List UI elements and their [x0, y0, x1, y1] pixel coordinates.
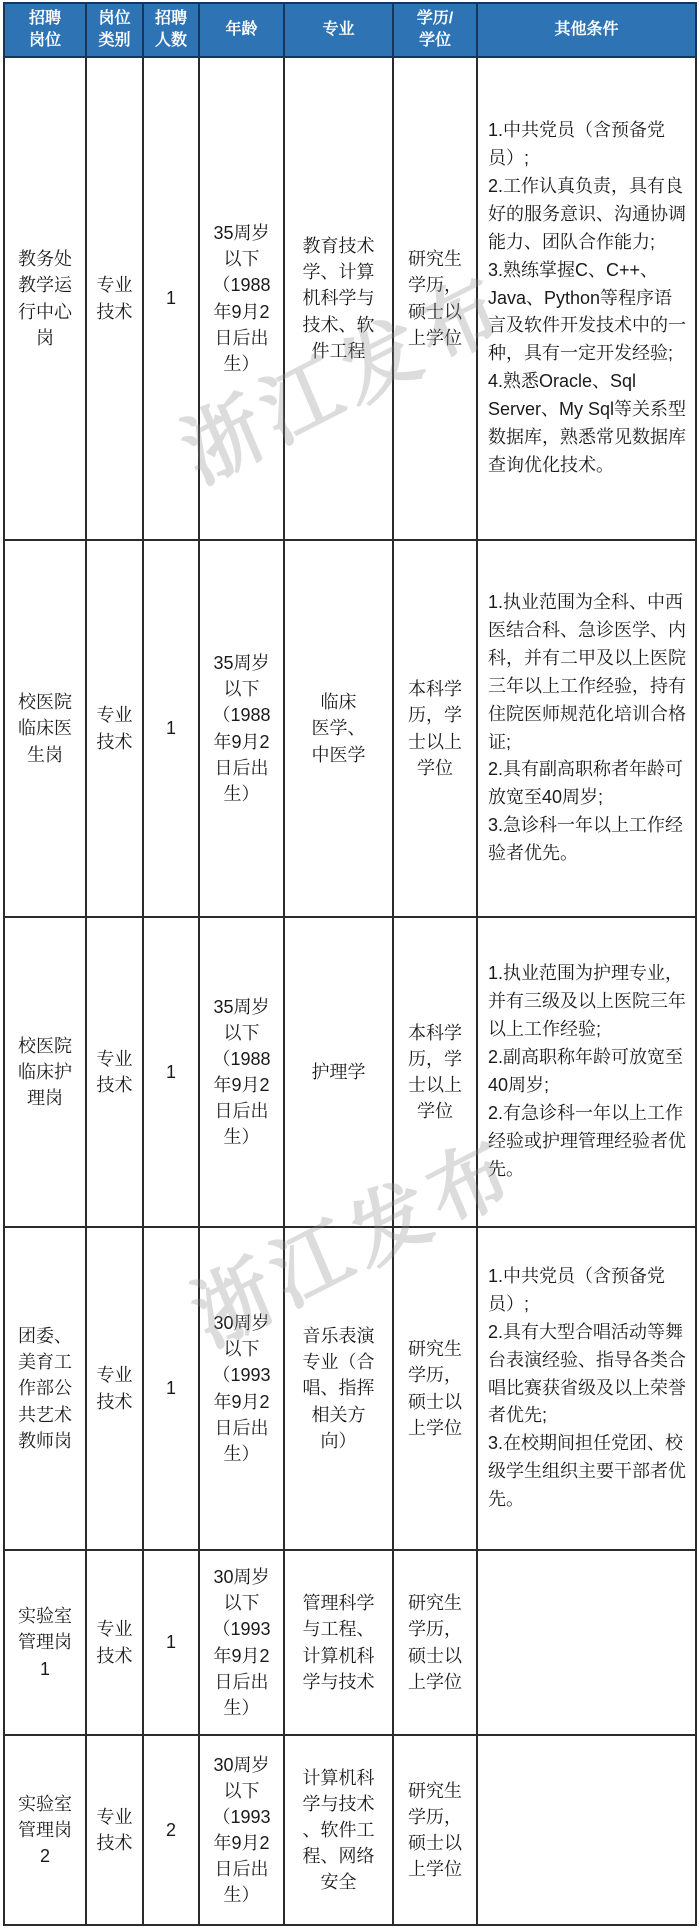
cell-age: 30周岁 以下 （1993 年9月2 日后出 生） — [199, 1550, 284, 1735]
cell-conditions: 1.中共党员（含预备党员）; 2.工作认真负责，具有良好的服务意识、沟通协调能力… — [477, 57, 696, 540]
cell-conditions: 1.中共党员（含预备党员）; 2.具有大型合唱活动等舞台表演经验、指导各类合唱比… — [477, 1227, 696, 1550]
cell-education: 研究生 学历， 硕士以 上学位 — [393, 1735, 477, 1925]
recruitment-table: 招聘 岗位 岗位 类别 招聘 人数 年龄 专业 学历/ 学位 其他条件 教务处 … — [3, 2, 697, 1926]
cell-count: 1 — [143, 917, 199, 1227]
cell-count: 2 — [143, 1735, 199, 1925]
cell-category: 专业 技术 — [86, 1735, 143, 1925]
cell-education: 本科学 历，学 士以上 学位 — [393, 540, 477, 917]
cell-conditions — [477, 1735, 696, 1925]
cell-category: 专业 技术 — [86, 540, 143, 917]
col-header-major: 专业 — [284, 3, 393, 57]
cell-position: 实验室 管理岗 2 — [4, 1735, 86, 1925]
cell-position: 教务处 教学运 行中心 岗 — [4, 57, 86, 540]
table-header-row: 招聘 岗位 岗位 类别 招聘 人数 年龄 专业 学历/ 学位 其他条件 — [4, 3, 696, 57]
cell-count: 1 — [143, 57, 199, 540]
cell-position: 校医院 临床护 理岗 — [4, 917, 86, 1227]
cell-age: 35周岁 以下 （1988 年9月2 日后出 生） — [199, 917, 284, 1227]
col-header-age: 年龄 — [199, 3, 284, 57]
cell-major: 临床 医学、 中医学 — [284, 540, 393, 917]
table-row: 实验室 管理岗 2 专业 技术 2 30周岁 以下 （1993 年9月2 日后出… — [4, 1735, 696, 1925]
cell-major: 教育技术 学、计算 机科学与 技术、软 件工程 — [284, 57, 393, 540]
cell-category: 专业 技术 — [86, 57, 143, 540]
cell-category: 专业 技术 — [86, 1550, 143, 1735]
cell-category: 专业 技术 — [86, 1227, 143, 1550]
cell-conditions: 1.执业范围为全科、中西医结合科、急诊医学、内科，并有二甲及以上医院三年以上工作… — [477, 540, 696, 917]
cell-education: 研究生 学历， 硕士以 上学位 — [393, 57, 477, 540]
table-row: 团委、 美育工 作部公 共艺术 教师岗 专业 技术 1 30周岁 以下 （199… — [4, 1227, 696, 1550]
cell-position: 团委、 美育工 作部公 共艺术 教师岗 — [4, 1227, 86, 1550]
cell-major: 计算机科 学与技术 、软件工 程、网络 安全 — [284, 1735, 393, 1925]
cell-education: 本科学 历，学 士以上 学位 — [393, 917, 477, 1227]
col-header-category: 岗位 类别 — [86, 3, 143, 57]
table-row: 校医院 临床护 理岗 专业 技术 1 35周岁 以下 （1988 年9月2 日后… — [4, 917, 696, 1227]
col-header-conditions: 其他条件 — [477, 3, 696, 57]
col-header-education: 学历/ 学位 — [393, 3, 477, 57]
cell-conditions: 1.执业范围为护理专业，并有三级及以上医院三年以上工作经验; 2.副高职称年龄可… — [477, 917, 696, 1227]
cell-major: 音乐表演 专业（合 唱、指挥 相关方 向） — [284, 1227, 393, 1550]
cell-education: 研究生 学历， 硕士以 上学位 — [393, 1227, 477, 1550]
cell-education: 研究生 学历， 硕士以 上学位 — [393, 1550, 477, 1735]
cell-conditions — [477, 1550, 696, 1735]
table-row: 教务处 教学运 行中心 岗 专业 技术 1 35周岁 以下 （1988 年9月2… — [4, 57, 696, 540]
table-row: 校医院 临床医 生岗 专业 技术 1 35周岁 以下 （1988 年9月2 日后… — [4, 540, 696, 917]
cell-count: 1 — [143, 1227, 199, 1550]
cell-position: 实验室 管理岗 1 — [4, 1550, 86, 1735]
cell-age: 35周岁 以下 （1988 年9月2 日后出 生） — [199, 57, 284, 540]
cell-major: 管理科学 与工程、 计算机科 学与技术 — [284, 1550, 393, 1735]
cell-major: 护理学 — [284, 917, 393, 1227]
cell-count: 1 — [143, 1550, 199, 1735]
col-header-count: 招聘 人数 — [143, 3, 199, 57]
cell-age: 35周岁 以下 （1988 年9月2 日后出 生） — [199, 540, 284, 917]
cell-age: 30周岁 以下 （1993 年9月2 日后出 生） — [199, 1227, 284, 1550]
cell-count: 1 — [143, 540, 199, 917]
cell-category: 专业 技术 — [86, 917, 143, 1227]
table-row: 实验室 管理岗 1 专业 技术 1 30周岁 以下 （1993 年9月2 日后出… — [4, 1550, 696, 1735]
recruitment-notice-page: 招聘 岗位 岗位 类别 招聘 人数 年龄 专业 学历/ 学位 其他条件 教务处 … — [0, 0, 700, 1928]
cell-position: 校医院 临床医 生岗 — [4, 540, 86, 917]
col-header-position: 招聘 岗位 — [4, 3, 86, 57]
cell-age: 30周岁 以下 （1993 年9月2 日后出 生） — [199, 1735, 284, 1925]
